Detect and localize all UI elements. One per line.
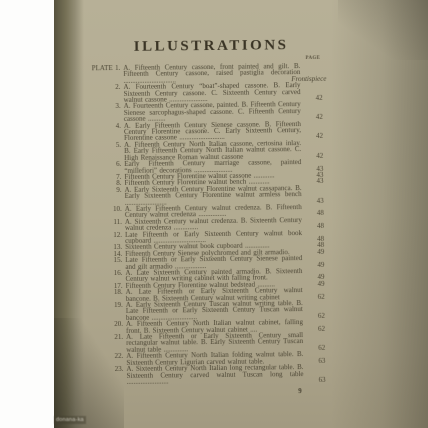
- entry-label: 20.: [114, 321, 123, 327]
- entry-label: 11.: [113, 219, 122, 225]
- entry-label: 23.: [115, 366, 124, 372]
- entry-label: 2.: [115, 84, 120, 90]
- entry-label: 9.: [116, 187, 121, 193]
- illustrations-list: PLATE 1.A. Fifteenth Century cassone, fr…: [96, 63, 329, 386]
- entry-label: 19.: [114, 302, 123, 308]
- entry-label: 6.: [116, 161, 121, 167]
- entry-label: 3.: [115, 103, 120, 109]
- page-title: ILLUSTRATIONS: [96, 37, 326, 55]
- entry-label: 5.: [116, 142, 121, 148]
- folio-page-number: 9: [100, 387, 330, 397]
- entry-label: 4.: [116, 123, 121, 129]
- entry-label: PLATE 1.: [92, 65, 121, 72]
- entry-label: 21.: [114, 334, 123, 340]
- entry-label: 22.: [115, 353, 124, 359]
- top-right-shade: [338, 0, 428, 60]
- book-page: ILLUSTRATIONS PAGE PLATE 1.A. Fifteenth …: [54, 0, 428, 428]
- entry-text: A. Sixteenth Century North Italian long …: [126, 363, 303, 386]
- photo-background: ILLUSTRATIONS PAGE PLATE 1.A. Fifteenth …: [0, 0, 428, 428]
- entry-page: 63: [319, 377, 326, 383]
- printed-content: ILLUSTRATIONS PAGE PLATE 1.A. Fifteenth …: [96, 37, 330, 398]
- entry-label: 10.: [113, 206, 122, 212]
- entry-label: 16.: [114, 270, 123, 276]
- list-item: 23.A. Sixteenth Century North Italian lo…: [99, 364, 329, 386]
- entry-label: 15.: [114, 257, 123, 263]
- watermark: donana-ka: [54, 416, 86, 424]
- entry-label: 12.: [113, 232, 122, 238]
- entry-label: 18.: [114, 289, 123, 295]
